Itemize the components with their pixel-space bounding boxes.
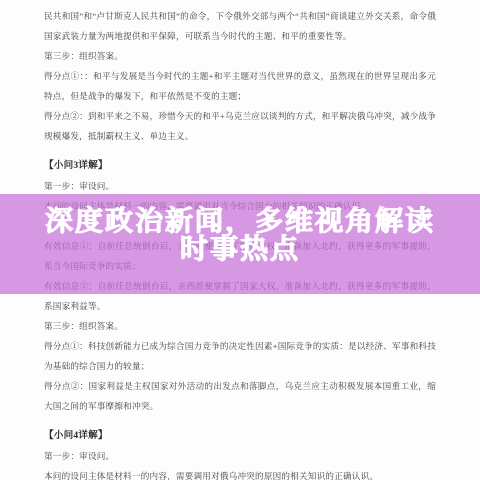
document-line: 为基础的综合国力的较量； xyxy=(44,356,436,376)
document-line: 民共和国”和“卢甘斯克人民共和国”的命令，下令俄外交部与两个“共和国”商谈建立外… xyxy=(44,6,436,26)
document-line: 规模爆发，抵制霸权主义、单边主义。 xyxy=(44,126,436,146)
document-line: 第一步：审设问。 xyxy=(44,176,436,196)
document-heading: 【小问4详解】 xyxy=(44,426,436,446)
document-line: 得分点②：到和平来之不易，珍惜今天的和平+乌克兰应以谈判的方式，和平解决俄乌冲突… xyxy=(44,106,436,126)
promo-banner: 深度政治新闻，多维视角解读 时事热点 xyxy=(0,194,480,294)
document-line: 得分点①：科技创新能力已成为综合国力竞争的决定性因素+国际竞争的实质：是以经济、… xyxy=(44,336,436,356)
document-heading: 【小问3详解】 xyxy=(44,156,436,176)
document-line: 本问的设问主体是材料一的内容，需要调用对俄乌冲突的原因的相关知识的正确认识。 xyxy=(44,466,436,480)
banner-title-line1: 深度政治新闻，多维视角解读 xyxy=(0,207,480,235)
document-line: 第三步：组织答案。 xyxy=(44,316,436,336)
document-line: 第一步：审设问。 xyxy=(44,446,436,466)
document-line: 第三步：组织答案。 xyxy=(44,46,436,66)
document-line: 国家武装力量为两地提供和平保障，可联系当今时代的主题、和平的重要性等。 xyxy=(44,26,436,46)
banner-title-line2: 时事热点 xyxy=(0,235,480,263)
document-line: 大国之间的军事摩擦和冲突。 xyxy=(44,396,436,416)
document-line: 得分点②：国家利益是主权国家对外活动的出发点和落脚点，乌克兰应主动积极发展本国重… xyxy=(44,376,436,396)
document-line: 系国家利益等。 xyxy=(44,296,436,316)
document-line: 得分点①：：和平与发展是当今时代的主题+和平主题对当代世界的意义，虽然现在的世界… xyxy=(44,66,436,86)
document-line: 特点，但是战争的爆发下，和平依然是不变的主题； xyxy=(44,86,436,106)
